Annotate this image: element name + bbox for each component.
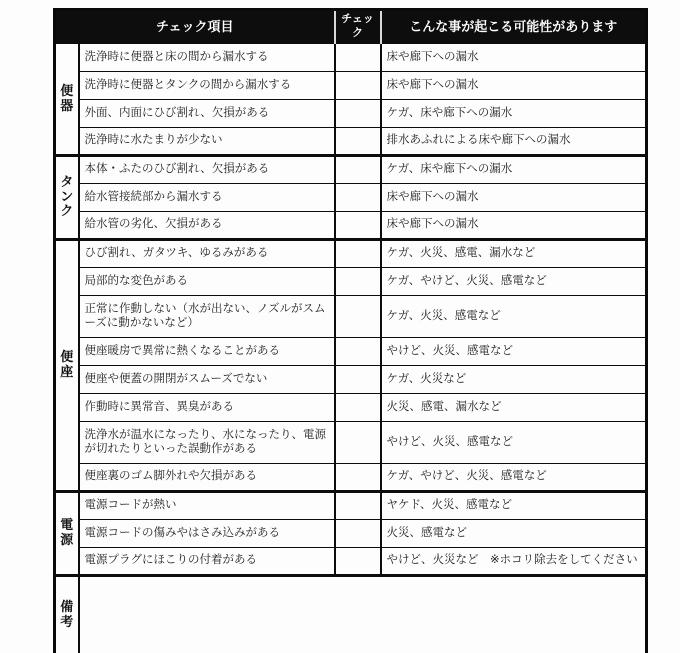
table-row: 電源プラグにほこりの付着があるやけど、火災など ※ホコリ除去をしてください xyxy=(55,547,647,575)
remarks-category-cell: 備 考 xyxy=(55,575,79,653)
table-row: 電源コードの傷みやはさみ込みがある火災、感電など xyxy=(55,519,647,547)
table-row: 便座や便蓋の開閉がスムーズでないケガ、火災など xyxy=(55,365,647,393)
check-cell xyxy=(335,491,381,519)
category-cell: 便 座 xyxy=(55,239,79,491)
check-cell xyxy=(335,365,381,393)
table-row: 局部的な変色があるケガ、やけど、火災、感電など xyxy=(55,267,647,295)
result-cell: ヤケド、火災、感電など xyxy=(381,491,647,519)
item-cell: 正常に作動しない（水が出ない、ノズルがスムーズに動かないなど） xyxy=(79,295,335,337)
table-row: 電 源電源コードが熱いヤケド、火災、感電など xyxy=(55,491,647,519)
item-cell: 洗浄水が温水になったり、水になったり、電源が切れたりといった誤動作がある xyxy=(79,421,335,463)
result-cell: 床や廊下への漏水 xyxy=(381,183,647,211)
check-cell xyxy=(335,267,381,295)
check-cell xyxy=(335,463,381,491)
check-cell xyxy=(335,295,381,337)
document-page: チェック項目 チェック こんな事が起こる可能性があります 便 器洗浄時に便器と床… xyxy=(0,0,680,653)
item-cell: 電源コードの傷みやはさみ込みがある xyxy=(79,519,335,547)
table-row: 給水管の劣化、欠損がある床や廊下への漏水 xyxy=(55,211,647,239)
table-row: 便 座ひび割れ、ガタツキ、ゆるみがあるケガ、火災、感電、漏水など xyxy=(55,239,647,267)
table-row: 作動時に異常音、異臭がある火災、感電、漏水など xyxy=(55,393,647,421)
item-cell: 作動時に異常音、異臭がある xyxy=(79,393,335,421)
check-cell xyxy=(335,71,381,99)
table-row: 便座裏のゴム脚外れや欠損があるケガ、やけど、火災、感電など xyxy=(55,463,647,491)
table-row: 洗浄時に水たまりが少ない排水あふれによる床や廊下への漏水 xyxy=(55,127,647,155)
result-cell: ケガ、火災など xyxy=(381,365,647,393)
remarks-content-cell xyxy=(79,575,647,653)
table-row: 給水管接続部から漏水する床や廊下への漏水 xyxy=(55,183,647,211)
check-cell xyxy=(335,393,381,421)
item-cell: 洗浄時に水たまりが少ない xyxy=(79,127,335,155)
category-cell: 電 源 xyxy=(55,491,79,575)
item-cell: 便座裏のゴム脚外れや欠損がある xyxy=(79,463,335,491)
check-cell xyxy=(335,183,381,211)
result-cell: ケガ、床や廊下への漏水 xyxy=(381,155,647,183)
check-cell xyxy=(335,127,381,155)
check-cell xyxy=(335,155,381,183)
result-cell: 排水あふれによる床や廊下への漏水 xyxy=(381,127,647,155)
category-cell: タ ン ク xyxy=(55,155,79,239)
header-result: こんな事が起こる可能性があります xyxy=(381,10,647,44)
header-check-items: チェック項目 xyxy=(55,10,335,44)
result-cell: 床や廊下への漏水 xyxy=(381,211,647,239)
result-cell: 床や廊下への漏水 xyxy=(381,71,647,99)
check-cell xyxy=(335,43,381,71)
table-row: 洗浄水が温水になったり、水になったり、電源が切れたりといった誤動作があるやけど、… xyxy=(55,421,647,463)
item-cell: 局部的な変色がある xyxy=(79,267,335,295)
item-cell: ひび割れ、ガタツキ、ゆるみがある xyxy=(79,239,335,267)
table-row: 便座暖房で異常に熱くなることがあるやけど、火災、感電など xyxy=(55,337,647,365)
check-cell xyxy=(335,519,381,547)
result-cell: ケガ、火災、感電など xyxy=(381,295,647,337)
check-cell xyxy=(335,239,381,267)
result-cell: 火災、感電など xyxy=(381,519,647,547)
result-cell: 床や廊下への漏水 xyxy=(381,43,647,71)
item-cell: 便座や便蓋の開閉がスムーズでない xyxy=(79,365,335,393)
header-check: チェック xyxy=(335,10,381,44)
table-row: タ ン ク本体・ふたのひび割れ、欠損があるケガ、床や廊下への漏水 xyxy=(55,155,647,183)
item-cell: 電源コードが熱い xyxy=(79,491,335,519)
table-row: 洗浄時に便器とタンクの間から漏水する床や廊下への漏水 xyxy=(55,71,647,99)
item-cell: 洗浄時に便器と床の間から漏水する xyxy=(79,43,335,71)
table-row: 外面、内面にひび割れ、欠損があるケガ、床や廊下への漏水 xyxy=(55,99,647,127)
checklist-table: チェック項目 チェック こんな事が起こる可能性があります 便 器洗浄時に便器と床… xyxy=(53,8,648,653)
item-cell: 電源プラグにほこりの付着がある xyxy=(79,547,335,575)
check-cell xyxy=(335,547,381,575)
result-cell: ケガ、やけど、火災、感電など xyxy=(381,463,647,491)
item-cell: 便座暖房で異常に熱くなることがある xyxy=(79,337,335,365)
check-cell xyxy=(335,337,381,365)
result-cell: やけど、火災など ※ホコリ除去をしてください xyxy=(381,547,647,575)
category-cell: 便 器 xyxy=(55,43,79,155)
result-cell: 火災、感電、漏水など xyxy=(381,393,647,421)
item-cell: 洗浄時に便器とタンクの間から漏水する xyxy=(79,71,335,99)
table-row: 正常に作動しない（水が出ない、ノズルがスムーズに動かないなど）ケガ、火災、感電な… xyxy=(55,295,647,337)
item-cell: 給水管の劣化、欠損がある xyxy=(79,211,335,239)
result-cell: ケガ、火災、感電、漏水など xyxy=(381,239,647,267)
result-cell: やけど、火災、感電など xyxy=(381,421,647,463)
item-cell: 給水管接続部から漏水する xyxy=(79,183,335,211)
result-cell: やけど、火災、感電など xyxy=(381,337,647,365)
remarks-row: 備 考 xyxy=(55,575,647,653)
result-cell: ケガ、床や廊下への漏水 xyxy=(381,99,647,127)
check-cell xyxy=(335,99,381,127)
table-body: 便 器洗浄時に便器と床の間から漏水する床や廊下への漏水洗浄時に便器とタンクの間か… xyxy=(55,43,647,575)
result-cell: ケガ、やけど、火災、感電など xyxy=(381,267,647,295)
check-cell xyxy=(335,211,381,239)
table-row: 便 器洗浄時に便器と床の間から漏水する床や廊下への漏水 xyxy=(55,43,647,71)
item-cell: 本体・ふたのひび割れ、欠損がある xyxy=(79,155,335,183)
item-cell: 外面、内面にひび割れ、欠損がある xyxy=(79,99,335,127)
header-row: チェック項目 チェック こんな事が起こる可能性があります xyxy=(55,10,647,44)
check-cell xyxy=(335,421,381,463)
